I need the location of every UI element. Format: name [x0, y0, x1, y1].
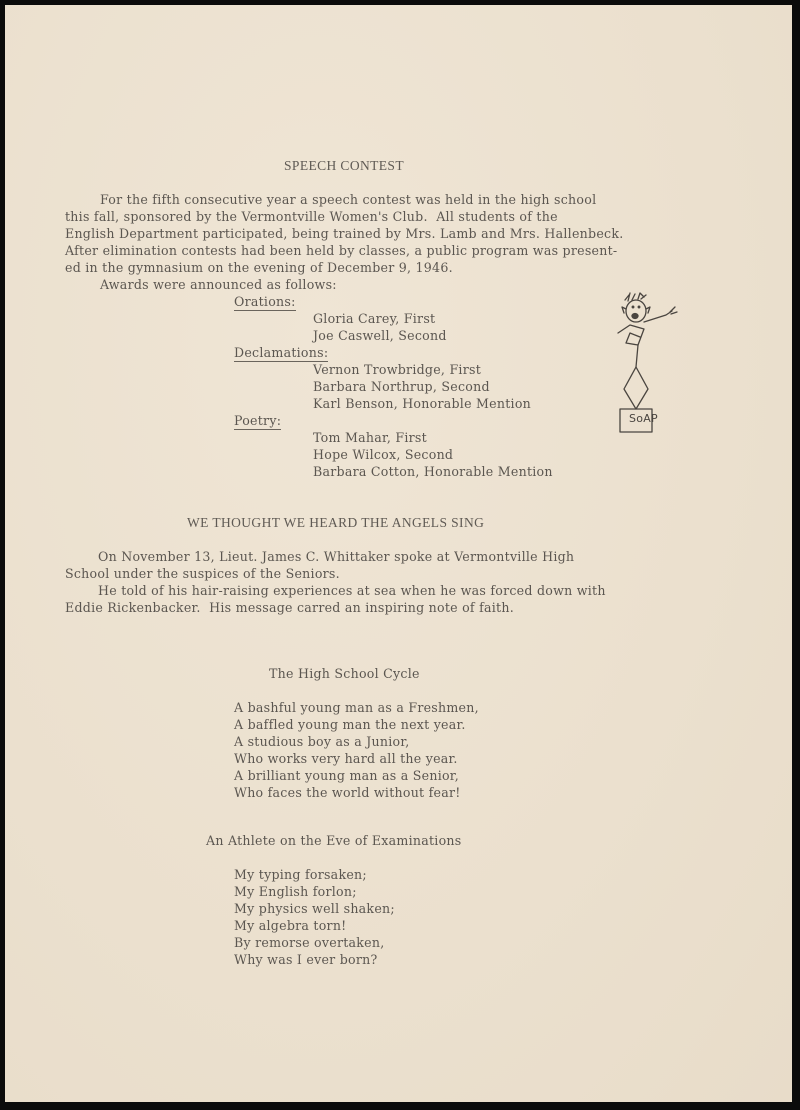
winner-entry: Karl Benson, Honorable Mention — [313, 396, 531, 411]
poem-line: Who faces the world without fear! — [234, 785, 461, 800]
winner-entry: Vernon Trowbridge, First — [313, 362, 481, 377]
winner-entry: Barbara Northrup, Second — [313, 379, 490, 394]
winner-entry: Tom Mahar, First — [313, 430, 427, 445]
poem-line: A baffled young man the next year. — [234, 717, 466, 732]
winner-entry: Hope Wilcox, Second — [313, 447, 453, 462]
poem-line: A brilliant young man as a Senior, — [234, 768, 459, 783]
section-title-speech-contest: SPEECH CONTEST — [284, 158, 404, 174]
poem-line: A bashful young man as a Freshmen, — [234, 700, 479, 715]
poem-title-high-school-cycle: The High School Cycle — [269, 666, 420, 681]
category-label-orations: Orations: — [234, 294, 296, 311]
poem-line: A studious boy as a Junior, — [234, 734, 410, 749]
poem-line: By remorse overtaken, — [234, 935, 385, 950]
paragraph-line: Eddie Rickenbacker. His message carred a… — [65, 600, 514, 615]
section-title-angels: WE THOUGHT WE HEARD THE ANGELS SING — [187, 515, 484, 531]
awards-intro: Awards were announced as follows: — [100, 277, 337, 292]
paragraph-line: He told of his hair-raising experiences … — [98, 583, 606, 598]
paragraph-line: For the fifth consecutive year a speech … — [100, 192, 596, 207]
paragraph-line: ed in the gymnasium on the evening of De… — [65, 260, 453, 275]
poem-title-athlete: An Athlete on the Eve of Examinations — [206, 833, 461, 848]
winner-entry: Barbara Cotton, Honorable Mention — [313, 464, 553, 479]
paragraph-line: English Department participated, being t… — [65, 226, 623, 241]
paragraph-line: After elimination contests had been held… — [65, 243, 617, 258]
poem-line: My English forlon; — [234, 884, 357, 899]
winner-entry: Joe Caswell, Second — [313, 328, 447, 343]
category-label-declamations: Declamations: — [234, 345, 328, 362]
paragraph-line: On November 13, Lieut. James C. Whittake… — [98, 549, 574, 564]
paragraph-line: this fall, sponsored by the Vermontville… — [65, 209, 558, 224]
poem-line: My typing forsaken; — [234, 867, 367, 882]
poem-line: My algebra torn! — [234, 918, 347, 933]
poem-line: My physics well shaken; — [234, 901, 395, 916]
paragraph-line: School under the suspices of the Seniors… — [65, 566, 340, 581]
soapbox-label: SoAP — [629, 412, 658, 425]
poem-line: Who works very hard all the year. — [234, 751, 458, 766]
category-label-poetry: Poetry: — [234, 413, 281, 430]
winner-entry: Gloria Carey, First — [313, 311, 435, 326]
poem-line: Why was I ever born? — [234, 952, 377, 967]
document-page: SPEECH CONTEST For the fifth consecutive… — [5, 5, 792, 1102]
